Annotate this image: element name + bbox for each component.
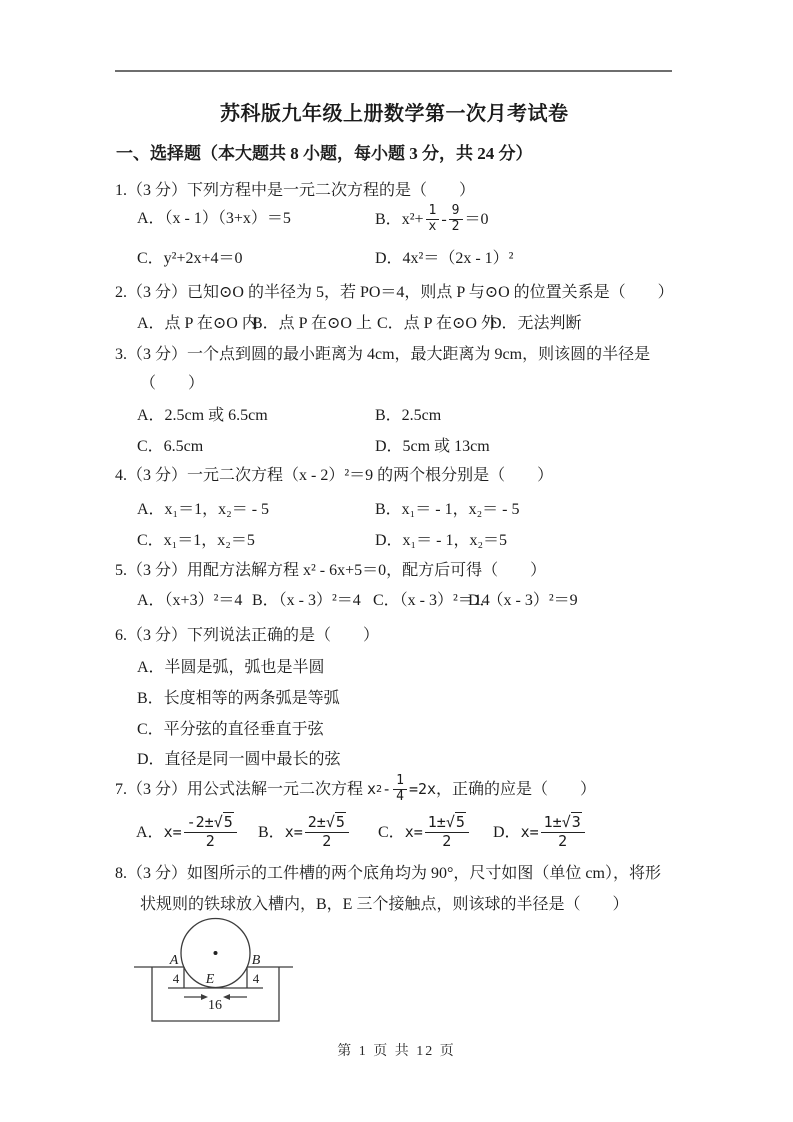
question-3-stem-line1: 3.（3 分）一个点到圆的最小距离为 4cm，最大距离为 9cm，则该圆的半径是 [115, 345, 650, 364]
radicand: 5 [223, 812, 234, 831]
fraction: 14 [393, 774, 407, 805]
sqrt-sign: √ [326, 813, 335, 831]
fraction-denominator: 2 [449, 220, 463, 235]
formula-part: x²+ [402, 210, 424, 229]
fraction: -2±√52 [184, 814, 237, 850]
formula-part: x= [405, 823, 423, 842]
fraction-numerator: -2±√5 [184, 814, 237, 832]
question-1-option-b: B．x²+1x - 92＝0 [375, 201, 489, 237]
fraction-denominator: x [426, 220, 440, 235]
formula-part: x= [285, 823, 303, 842]
question-2-option-a: A．点 P 在⊙O 内 [137, 314, 258, 333]
question-6-stem: 6.（3 分）下列说法正确的是（ ） [115, 626, 379, 645]
fraction-numerator: 1±√5 [425, 814, 469, 832]
radicand: 5 [335, 812, 346, 831]
contact-label-a: A [169, 953, 179, 968]
stem-text: 7.（3 分）用公式法解一元二次方程 [115, 780, 363, 799]
question-6-option-a: A．半圆是弧，弧也是半圆 [137, 658, 325, 677]
option-letter: D． [493, 823, 521, 842]
question-5-option-a: A．（x+3）²＝4 [137, 591, 242, 610]
question-7-stem: 7.（3 分）用公式法解一元二次方程 x2-14=2x ，正确的应是（ ） [115, 770, 596, 808]
question-3-option-c: C．6.5cm [137, 437, 203, 456]
question-2-option-b: B．点 P 在⊙O 上 [252, 314, 372, 333]
fraction-numerator: 2±√5 [305, 814, 349, 832]
question-8-stem-line1: 8.（3 分）如图所示的工件槽的两个底角均为 90°，尺寸如图（单位 cm），将… [115, 864, 661, 883]
option-letter: A． [136, 823, 164, 842]
question-1-option-a: A．（x - 1）（3+x）＝5 [137, 209, 291, 228]
question-4-option-d: D．x₁＝ - 1，x₂＝5 [375, 531, 507, 550]
workpiece-groove-figure: A B E 4 4 16 [130, 916, 308, 1028]
formula-part: x= [521, 823, 539, 842]
question-6-option-b: B．长度相等的两条弧是等弧 [137, 689, 340, 708]
depth-label-right: 4 [253, 971, 260, 986]
fraction-denominator: 4 [393, 790, 407, 805]
ball-center-dot [214, 951, 218, 955]
formula-part: 1± [428, 813, 446, 831]
formula-variable: x [367, 780, 376, 799]
fraction: 1±√52 [425, 814, 469, 850]
formula-operator: - [382, 780, 391, 799]
formula-part: x= [164, 823, 182, 842]
page-title: 苏科版九年级上册数学第一次月考试卷 [220, 97, 569, 126]
header-rule [115, 70, 672, 72]
depth-label-left: 4 [173, 971, 180, 986]
question-3-option-d: D．5cm 或 13cm [375, 437, 490, 456]
question-4-stem: 4.（3 分）一元二次方程（x - 2）²＝9 的两个根分别是（ ） [115, 466, 553, 485]
question-4-option-c: C．x₁＝1，x₂＝5 [137, 531, 255, 550]
fraction-numerator: 9 [449, 204, 463, 220]
fraction-numerator: 1 [426, 204, 440, 220]
fraction-numerator: 1 [393, 774, 407, 790]
question-2-stem: 2.（3 分）已知⊙O 的半径为 5，若 PO＝4，则点 P 与⊙O 的位置关系… [115, 283, 674, 302]
contact-label-b: B [252, 953, 261, 968]
fraction-numerator: 1±√3 [541, 814, 585, 832]
dim-arrowhead-left [223, 994, 230, 1000]
question-1-option-c: C．y²+2x+4＝0 [137, 249, 243, 268]
radicand: 3 [571, 812, 582, 831]
sqrt-sign: √ [446, 813, 455, 831]
option-letter: C． [378, 823, 405, 842]
width-label: 16 [208, 998, 222, 1013]
question-3-stem-line2: （ ） [140, 374, 204, 393]
question-3-option-b: B．2.5cm [375, 406, 441, 425]
question-7-option-b: B．x=2±√52 [258, 812, 351, 852]
section-heading: 一、选择题（本大题共 8 小题，每小题 3 分，共 24 分） [116, 139, 533, 164]
formula-part: - [441, 210, 446, 229]
question-8-stem-line2: 状规则的铁球放入槽内，B，E 三个接触点，则该球的半径是（ ） [140, 895, 628, 914]
sqrt-sign: √ [214, 813, 223, 831]
fraction: 1x [426, 204, 440, 235]
question-7-option-a: A．x=-2±√52 [136, 812, 239, 852]
fraction: 92 [449, 204, 463, 235]
formula-part: ＝0 [465, 210, 489, 229]
question-5-option-d: D．（x - 3）²＝9 [468, 591, 578, 610]
option-letter: B． [258, 823, 285, 842]
question-4-option-b: B．x₁＝ - 1，x₂＝ - 5 [375, 500, 520, 519]
question-6-option-d: D．直径是同一圆中最长的弦 [137, 750, 341, 769]
option-letter: B． [375, 210, 402, 229]
formula-part: =2x [409, 780, 436, 799]
exam-page: 苏科版九年级上册数学第一次月考试卷 一、选择题（本大题共 8 小题，每小题 3 … [0, 0, 793, 1122]
formula-part: 2± [308, 813, 326, 831]
stem-text: ，正确的应是（ ） [436, 780, 596, 799]
fraction-denominator: 2 [305, 833, 349, 850]
question-6-option-c: C．平分弦的直径垂直于弦 [137, 720, 324, 739]
question-5-stem: 5.（3 分）用配方法解方程 x² - 6x+5＝0，配方后可得（ ） [115, 561, 546, 580]
question-3-option-a: A．2.5cm 或 6.5cm [137, 406, 268, 425]
fraction: 1±√32 [541, 814, 585, 850]
page-footer: 第 1 页 共 12 页 [0, 1040, 793, 1060]
question-1-option-d: D．4x²＝（2x - 1）² [375, 249, 513, 268]
question-2-option-d: D．无法判断 [490, 314, 582, 333]
fraction: 2±√52 [305, 814, 349, 850]
question-7-option-c: C．x=1±√52 [378, 812, 471, 852]
fraction-denominator: 2 [541, 833, 585, 850]
contact-label-e: E [205, 972, 215, 987]
question-5-option-b: B．（x - 3）²＝4 [252, 591, 361, 610]
question-7-option-d: D．x=1±√32 [493, 812, 587, 852]
fraction-denominator: 2 [184, 833, 237, 850]
question-2-option-c: C．点 P 在⊙O 外 [377, 314, 497, 333]
formula-part: 1± [544, 813, 562, 831]
radicand: 5 [455, 812, 466, 831]
sqrt-sign: √ [562, 813, 571, 831]
formula-part: -2± [187, 813, 214, 831]
fraction-denominator: 2 [425, 833, 469, 850]
question-1-stem: 1.（3 分）下列方程中是一元二次方程的是（ ） [115, 181, 475, 200]
question-4-option-a: A．x₁＝1，x₂＝ - 5 [137, 500, 269, 519]
dim-arrowhead-right [201, 994, 208, 1000]
